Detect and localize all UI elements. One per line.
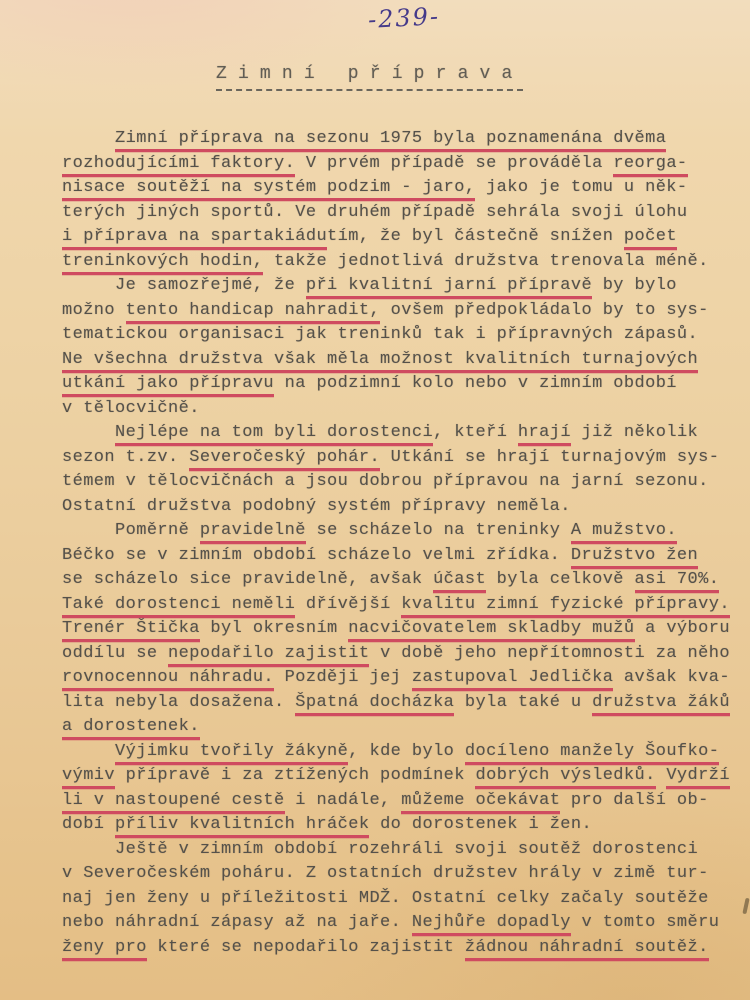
typed-text: dřívější bbox=[295, 595, 401, 614]
text-line: rozhodujícími faktory. V prvém případě s… bbox=[62, 152, 722, 177]
typed-text: témem v tělocvičnách a jsou dobrou přípr… bbox=[62, 472, 709, 491]
red-underlined-text: i příprava na spartakiádu bbox=[62, 227, 327, 250]
paragraph-3: Nejlépe na tom byli dorostenci, kteří hr… bbox=[62, 421, 722, 519]
red-underlined-text: příliv kvalitních hráček bbox=[115, 815, 369, 838]
text-line: lita nebyla dosažena. Špatná docházka by… bbox=[62, 691, 722, 716]
text-line: v Severočeském poháru. Z ostatních družs… bbox=[62, 862, 722, 887]
red-underlined-text: docíleno manžely Šoufko- bbox=[465, 742, 719, 765]
typed-text: v tělocvičně. bbox=[62, 399, 200, 418]
typed-text: na podzimní kolo nebo v zimním období bbox=[274, 374, 677, 393]
text-line: Je samozřejmé, že při kvalitní jarní pří… bbox=[62, 274, 722, 299]
text-line: sezon t.zv. Severočeský pohár. Utkání se… bbox=[62, 446, 722, 471]
typed-text: byl okresním bbox=[200, 619, 348, 638]
text-line: a dorostenek. bbox=[62, 715, 722, 740]
typed-text: Poměrně bbox=[62, 521, 200, 540]
red-underlined-text: utkání jako přípravu bbox=[62, 374, 274, 397]
typed-text: sezon t.zv. bbox=[62, 448, 189, 467]
text-line: Zimní příprava na sezonu 1975 byla pozna… bbox=[62, 127, 722, 152]
typed-text: v Severočeském poháru. Z ostatních družs… bbox=[62, 864, 709, 883]
red-underlined-text: asi 70%. bbox=[635, 570, 720, 593]
red-underlined-text: Ne všechna družstva však měla možnost kv… bbox=[62, 350, 698, 373]
typed-text: tematickou organisaci jak treninků tak i… bbox=[62, 325, 698, 344]
typed-text: Ostatní družstva podobný systém přípravy… bbox=[62, 497, 571, 516]
typed-text: byla také u bbox=[454, 693, 592, 712]
typed-text: Béčko se v zimním období scházelo velmi … bbox=[62, 546, 571, 565]
red-underlined-text: rovnocennou náhradu. bbox=[62, 668, 274, 691]
scanned-typewritten-page: -239- Zimní příprava Zimní příprava na s… bbox=[0, 0, 750, 1000]
typed-text: byla celkově bbox=[486, 570, 634, 589]
red-underlined-text: hrají bbox=[518, 423, 571, 446]
text-line: naj jen ženy u příležitosti MDŽ. Ostatní… bbox=[62, 887, 722, 912]
red-underlined-text: účast bbox=[433, 570, 486, 593]
text-line: terých jiných sportů. Ve druhém případě … bbox=[62, 201, 722, 226]
red-underlined-text: výmiv bbox=[62, 766, 115, 789]
typed-text bbox=[62, 742, 115, 761]
text-line: Béčko se v zimním období scházelo velmi … bbox=[62, 544, 722, 569]
paragraph-2: Je samozřejmé, že při kvalitní jarní pří… bbox=[62, 274, 722, 421]
text-line: oddílu se nepodařilo zajistit v době jeh… bbox=[62, 642, 722, 667]
text-line: výmiv přípravě i za ztížených podmínek d… bbox=[62, 764, 722, 789]
text-line: dobí příliv kvalitních hráček do doroste… bbox=[62, 813, 722, 838]
typed-text: se scházelo na treninky bbox=[306, 521, 571, 540]
typed-text: přípravě i za ztížených podmínek bbox=[115, 766, 475, 785]
typed-text: Je samozřejmé, že bbox=[62, 276, 306, 295]
typed-text: v tomto směru bbox=[571, 913, 719, 932]
text-line: Nejlépe na tom byli dorostenci, kteří hr… bbox=[62, 421, 722, 446]
text-line: treninkových hodin, takže jednotlivá dru… bbox=[62, 250, 722, 275]
typed-text: i nadále, bbox=[285, 791, 402, 810]
red-underlined-text: počet bbox=[624, 227, 677, 250]
red-underlined-text: Výjimku tvořily žákyně bbox=[115, 742, 348, 765]
red-underlined-text: dobrých výsledků. bbox=[475, 766, 655, 789]
red-underlined-text: družstva žáků bbox=[592, 693, 730, 716]
text-line: nebo náhradní zápasy až na jaře. Nejhůře… bbox=[62, 911, 722, 936]
typed-text: dobí bbox=[62, 815, 115, 834]
text-line: v tělocvičně. bbox=[62, 397, 722, 422]
typed-text: nebo náhradní zápasy až na jaře. bbox=[62, 913, 412, 932]
red-underlined-text: žádnou náhradní soutěž. bbox=[465, 938, 709, 961]
text-line: možno tento handicap nahradit, ovšem pře… bbox=[62, 299, 722, 324]
red-underlined-text: nisace soutěží na systém podzim - jaro, bbox=[62, 178, 475, 201]
typed-text: které se nepodařilo zajistit bbox=[147, 938, 465, 957]
red-underlined-text: Družstvo žen bbox=[571, 546, 698, 569]
red-underlined-text: treninkových hodin, bbox=[62, 252, 263, 275]
typed-text: se scházelo sice pravidelně, avšak bbox=[62, 570, 433, 589]
typed-text: v době jeho nepřítomnosti za něho bbox=[369, 644, 729, 663]
red-underlined-text: nepodařilo zajistit bbox=[168, 644, 369, 667]
text-line: se scházelo sice pravidelně, avšak účast… bbox=[62, 568, 722, 593]
red-underlined-text: Zimní příprava na sezonu 1975 byla pozna… bbox=[115, 129, 666, 152]
red-underlined-text: Špatná docházka bbox=[295, 693, 454, 716]
text-line: Poměrně pravidelně se scházelo na trenin… bbox=[62, 519, 722, 544]
ink-speck bbox=[742, 898, 749, 914]
text-line: nisace soutěží na systém podzim - jaro, … bbox=[62, 176, 722, 201]
typed-text: , kteří bbox=[433, 423, 518, 442]
typed-text: a výboru bbox=[635, 619, 730, 638]
text-line: ženy pro které se nepodařilo zajistit žá… bbox=[62, 936, 722, 961]
red-underlined-text: zastupoval Jedlička bbox=[412, 668, 613, 691]
red-underlined-text: ženy pro bbox=[62, 938, 147, 961]
typed-text: jako je tomu u něk- bbox=[475, 178, 687, 197]
red-underlined-text: Trenér Štička bbox=[62, 619, 200, 642]
paragraph-4: Poměrně pravidelně se scházelo na trenin… bbox=[62, 519, 722, 740]
typed-text: již několik bbox=[571, 423, 698, 442]
typed-text: oddílu se bbox=[62, 644, 168, 663]
red-underlined-text: Severočeský pohár. bbox=[189, 448, 380, 471]
typed-text: do dorostenek i žen. bbox=[369, 815, 592, 834]
red-underlined-text: A mužstvo. bbox=[571, 521, 677, 544]
red-underlined-text: Nejhůře dopadly bbox=[412, 913, 571, 936]
text-line: utkání jako přípravu na podzimní kolo ne… bbox=[62, 372, 722, 397]
text-line: Také dorostenci neměli dřívější kvalitu … bbox=[62, 593, 722, 618]
text-line: Ostatní družstva podobný systém přípravy… bbox=[62, 495, 722, 520]
text-line: tematickou organisaci jak treninků tak i… bbox=[62, 323, 722, 348]
typed-text: ovšem předpokládalo by to sys- bbox=[380, 301, 709, 320]
red-underlined-text: reorga- bbox=[613, 154, 687, 177]
typed-text: V prvém případě se prováděla bbox=[295, 154, 613, 173]
red-underlined-text: můžeme očekávat bbox=[401, 791, 560, 814]
paragraph-1: Zimní příprava na sezonu 1975 byla pozna… bbox=[62, 127, 722, 274]
text-line: témem v tělocvičnách a jsou dobrou přípr… bbox=[62, 470, 722, 495]
red-underlined-text: Nejlépe na tom byli dorostenci bbox=[115, 423, 433, 446]
typed-text: avšak kva- bbox=[613, 668, 730, 687]
red-underlined-text: nacvičovatelem skladby mužů bbox=[348, 619, 634, 642]
text-line: Ještě v zimním období rozehráli svoji so… bbox=[62, 838, 722, 863]
typed-text: Utkání se hrají turnajovým sys- bbox=[380, 448, 719, 467]
document-body: Zimní příprava na sezonu 1975 byla pozna… bbox=[62, 127, 722, 960]
red-underlined-text: a dorostenek. bbox=[62, 717, 200, 740]
text-line: i příprava na spartakiádutím, že byl čás… bbox=[62, 225, 722, 250]
typed-text: Později jej bbox=[274, 668, 412, 687]
typed-text bbox=[656, 766, 667, 785]
red-underlined-text: kvalitu zimní fyzické přípravy. bbox=[401, 595, 730, 618]
red-underlined-text: li v nastoupené cestě bbox=[62, 791, 285, 814]
red-underlined-text: při kvalitní jarní přípravě bbox=[306, 276, 592, 299]
typed-text bbox=[62, 423, 115, 442]
typed-text: Ještě v zimním období rozehráli svoji so… bbox=[62, 840, 698, 859]
typed-text: naj jen ženy u příležitosti MDŽ. Ostatní… bbox=[62, 889, 709, 908]
typed-text: by bylo bbox=[592, 276, 677, 295]
typed-text: lita nebyla dosažena. bbox=[62, 693, 295, 712]
red-underlined-text: Vydrží bbox=[666, 766, 730, 789]
red-underlined-text: pravidelně bbox=[200, 521, 306, 544]
text-line: Trenér Štička byl okresním nacvičovatele… bbox=[62, 617, 722, 642]
typed-text: pro další ob- bbox=[560, 791, 708, 810]
paragraph-5: Výjimku tvořily žákyně, kde bylo docílen… bbox=[62, 740, 722, 838]
red-underlined-text: tento handicap nahradit, bbox=[126, 301, 380, 324]
red-underlined-text: rozhodujícími faktory. bbox=[62, 154, 295, 177]
red-underlined-text: Také dorostenci neměli bbox=[62, 595, 295, 618]
typed-text: možno bbox=[62, 301, 126, 320]
typed-text bbox=[62, 129, 115, 148]
typed-text: takže jednotlivá družstva trenovala méně… bbox=[263, 252, 708, 271]
text-line: rovnocennou náhradu. Později jej zastupo… bbox=[62, 666, 722, 691]
text-line: Ne všechna družstva však měla možnost kv… bbox=[62, 348, 722, 373]
typed-text: , kde bylo bbox=[348, 742, 465, 761]
text-line: Výjimku tvořily žákyně, kde bylo docílen… bbox=[62, 740, 722, 765]
document-title: Zimní příprava bbox=[216, 64, 523, 91]
paragraph-6: Ještě v zimním období rozehráli svoji so… bbox=[62, 838, 722, 961]
typed-text: tím, že byl částečně snížen bbox=[327, 227, 624, 246]
handwritten-page-number: -239- bbox=[367, 2, 440, 34]
text-line: li v nastoupené cestě i nadále, můžeme o… bbox=[62, 789, 722, 814]
typed-text: terých jiných sportů. Ve druhém případě … bbox=[62, 203, 688, 222]
